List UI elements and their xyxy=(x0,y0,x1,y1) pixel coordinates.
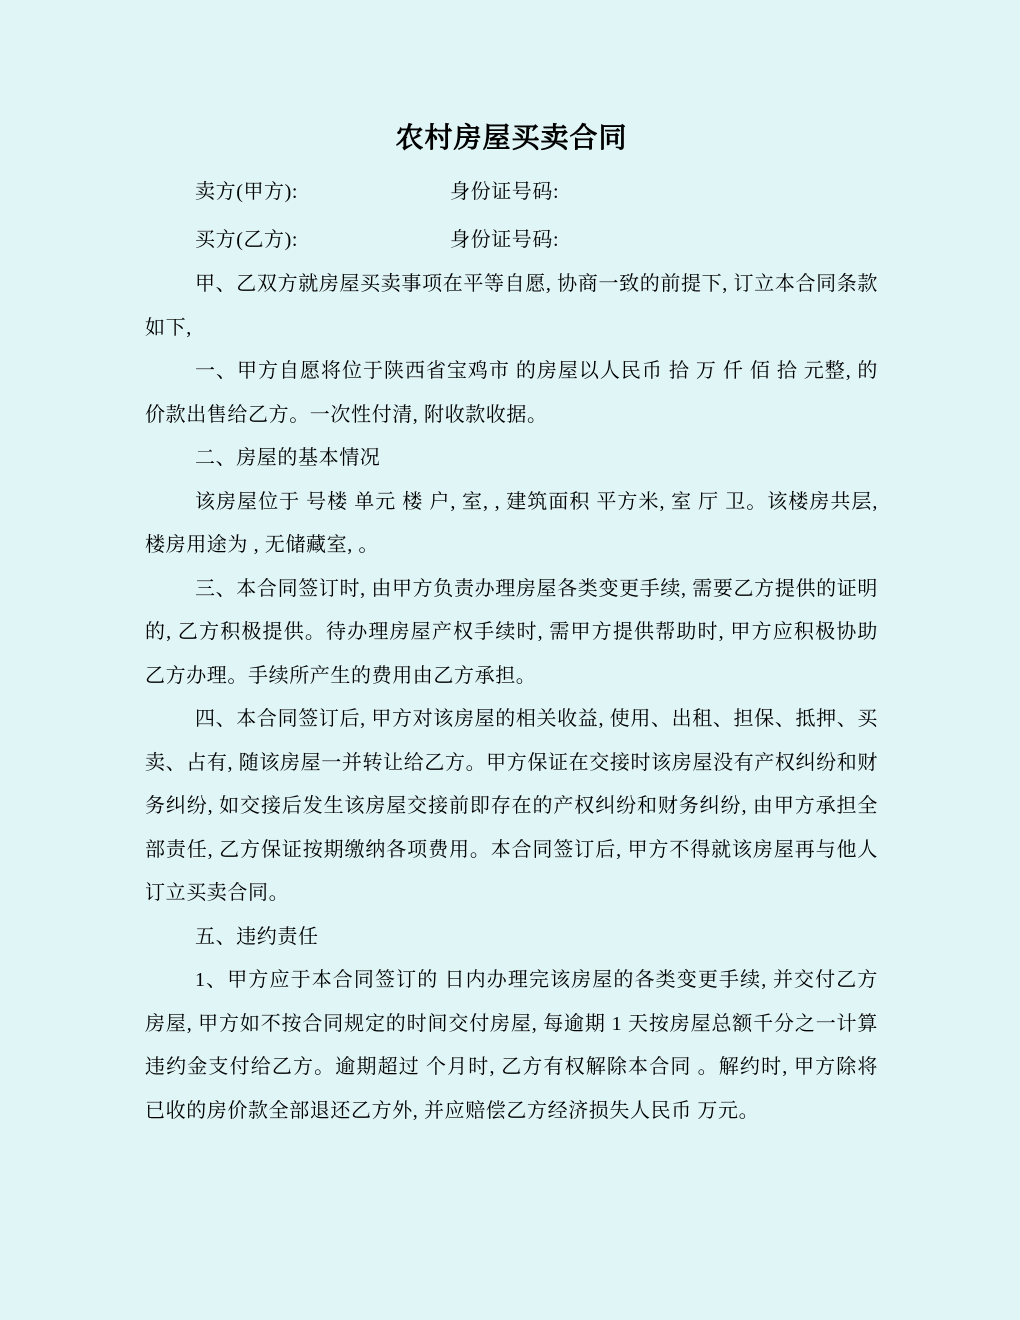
clause-2-house-details: 该房屋位于 号楼 单元 楼 户, 室, , 建筑面积 平方米, 室 厅 卫。该楼… xyxy=(145,481,878,568)
buyer-id-label: 身份证号码: xyxy=(450,227,878,254)
heading-clause-5: 五、违约责任 xyxy=(145,916,878,960)
heading-clause-2: 二、房屋的基本情况 xyxy=(145,437,878,481)
contract-document: 农村房屋买卖合同 卖方(甲方): 身份证号码: 买方(乙方): 身份证号码: 甲… xyxy=(0,0,1020,1320)
buyer-label: 买方(乙方): xyxy=(195,227,450,254)
seller-label: 卖方(甲方): xyxy=(195,179,450,206)
document-title: 农村房屋买卖合同 xyxy=(145,120,878,158)
party-row-seller: 卖方(甲方): 身份证号码: xyxy=(145,179,878,206)
contract-body: 甲、乙双方就房屋买卖事项在平等自愿, 协商一致的前提下, 订立本合同条款如下, … xyxy=(145,263,878,1133)
clause-1-price: 一、甲方自愿将位于陕西省宝鸡市 的房屋以人民币 拾 万 仟 佰 拾 元整, 的价… xyxy=(145,350,878,437)
clause-5-breach-liability: 1、甲方应于本合同签订的 日内办理完该房屋的各类变更手续, 并交付乙方房屋, 甲… xyxy=(145,959,878,1133)
party-row-buyer: 买方(乙方): 身份证号码: xyxy=(145,227,878,254)
clause-4-rights-transfer: 四、本合同签订后, 甲方对该房屋的相关收益, 使用、出租、担保、抵押、买卖、占有… xyxy=(145,698,878,916)
paragraph-intro: 甲、乙双方就房屋买卖事项在平等自愿, 协商一致的前提下, 订立本合同条款如下, xyxy=(145,263,878,350)
seller-id-label: 身份证号码: xyxy=(450,179,878,206)
clause-3-procedures: 三、本合同签订时, 由甲方负责办理房屋各类变更手续, 需要乙方提供的证明的, 乙… xyxy=(145,568,878,699)
